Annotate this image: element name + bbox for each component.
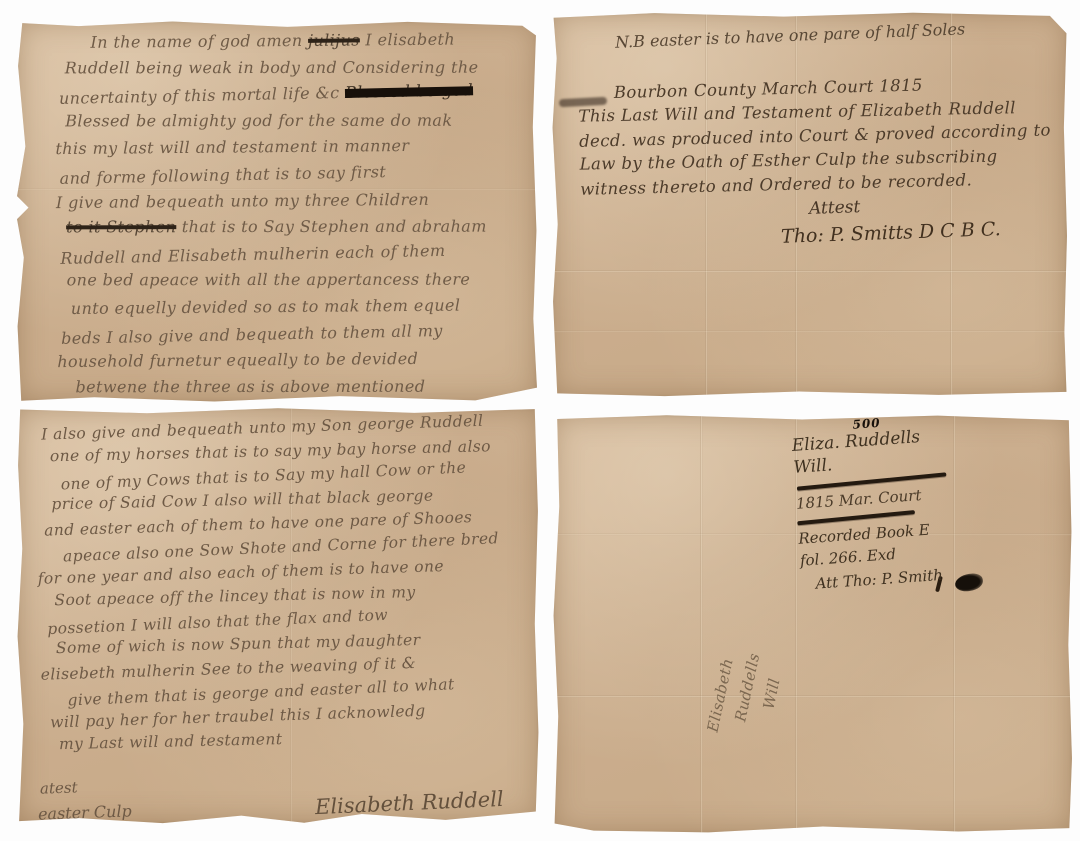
text-segment: Law by the Oath of Esther Culp the subsc…: [579, 147, 997, 174]
text-segment: Elisabeth: [704, 657, 737, 734]
page1-text-block: In the name of god amen julijus I elisab…: [54, 26, 533, 402]
text-segment: one bed apeace with all the appertancess…: [67, 270, 471, 290]
clerk-signature: Tho: P. Smitts D C B C.: [781, 218, 1001, 248]
handwritten-line: Blessed be almighty god for the same do …: [65, 107, 531, 134]
text-segment: Ruddell being weak in body and Consideri…: [65, 57, 479, 77]
handwritten-line: one bed apeace with all the appertancess…: [67, 267, 533, 294]
struck-out-text: julijus: [308, 30, 360, 49]
text-segment: and forme following that is to say first: [59, 162, 386, 188]
fold-crease: [551, 270, 1068, 273]
docket-back-scan-page: 500 Eliza. Ruddells Will. 1815 Mar. Cour…: [552, 414, 1073, 834]
text-segment: beds I also give and bequeath to them al…: [61, 320, 443, 347]
handwritten-line: betwene the three as is above mentioned: [75, 373, 533, 400]
text-segment: In the name of god amen: [90, 31, 308, 52]
will-scan-page-2: I also give and bequeath unto my Son geo…: [16, 407, 540, 824]
text-segment: Will: [760, 677, 784, 711]
text-segment: uncertainty of this mortal life &c: [59, 83, 345, 108]
fold-crease: [552, 695, 1073, 698]
attest-label: atest: [40, 778, 78, 797]
will-scan-page-1: In the name of god amen julijus I elisab…: [16, 20, 538, 403]
fold-crease: [795, 12, 798, 398]
fold-crease: [700, 414, 703, 834]
struck-out-text: to it Stephen: [66, 217, 176, 236]
text-segment: Blessed be almighty god for the same do …: [65, 110, 452, 130]
page2-text-block: I also give and bequeath unto my Son geo…: [33, 407, 540, 758]
struck-out-text: Blessed be god: [345, 80, 473, 102]
docket-block: 500 Eliza. Ruddells Will. 1815 Mar. Cour…: [790, 414, 1026, 594]
testator-signature: Elisabeth Ruddell: [315, 787, 505, 819]
document-scan-canvas: In the name of god amen julijus I elisab…: [0, 0, 1080, 841]
fold-crease: [705, 12, 708, 398]
text-segment: betwene the three as is above mentioned: [75, 376, 425, 396]
text-segment: Ruddell and Elisabeth mulherin each of t…: [60, 241, 445, 268]
text-segment: unto equelly devided so as to mak them e…: [71, 295, 461, 317]
text-segment: I elisabeth: [360, 30, 455, 50]
handwritten-line: In the name of god amen julijus I elisab…: [90, 26, 530, 56]
fold-crease: [551, 330, 1068, 333]
text-segment: I give and bequeath unto my three Childr…: [56, 189, 429, 211]
attest-label: Attest: [809, 197, 861, 219]
court-order-text-block: Bourbon County March Court 1815This Last…: [578, 70, 1066, 202]
nota-bene-line: N.B easter is to have one pare of half S…: [615, 19, 966, 51]
court-order-scan-page: N.B easter is to have one pare of half S…: [551, 12, 1068, 398]
text-segment: this my last will and testament in manne…: [55, 136, 409, 158]
witness-signature: easter Culp: [38, 801, 132, 823]
text-segment: household furnetur equeally to be devide…: [57, 349, 418, 371]
fold-crease: [950, 12, 953, 398]
rotated-endorsement-label: ElisabethRuddellsWill: [701, 558, 811, 745]
text-segment: that is to Say Stephen and abraham: [176, 217, 487, 237]
text-segment: my Last will and testament: [59, 730, 283, 753]
